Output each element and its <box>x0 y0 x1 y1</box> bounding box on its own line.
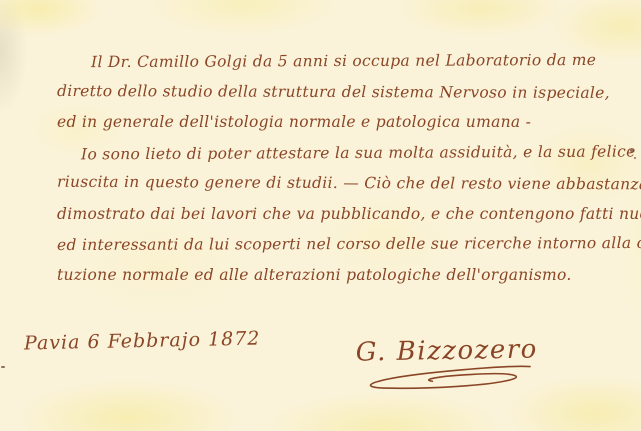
signature-text: G. Bizzozero <box>352 334 542 367</box>
letter-line: tuzione normale ed alle alterazioni pato… <box>57 260 635 291</box>
letter-line: Il Dr. Camillo Golgi da 5 anni si occupa… <box>57 45 635 78</box>
ink-speck <box>630 149 633 152</box>
signature-block: G. Bizzozero <box>352 334 543 391</box>
letter-body: Il Dr. Camillo Golgi da 5 anni si occupa… <box>57 46 635 290</box>
letter-line: ed in generale dell'istologia normale e … <box>57 107 635 138</box>
ink-speck <box>634 157 636 159</box>
letter-line: dimostrato dai bei lavori che va pubblic… <box>57 199 635 230</box>
manuscript-page: Il Dr. Camillo Golgi da 5 anni si occupa… <box>0 0 641 431</box>
letter-line: Io sono lieto di poter attestare la sua … <box>57 136 635 170</box>
letter-line: ed interessanti da lui scoperti nel cors… <box>57 228 635 261</box>
letter-line: diretto dello studio della struttura del… <box>57 75 635 108</box>
ink-speck <box>1 366 5 368</box>
letter-line: riuscita in questo genere di studii. — C… <box>57 167 635 200</box>
